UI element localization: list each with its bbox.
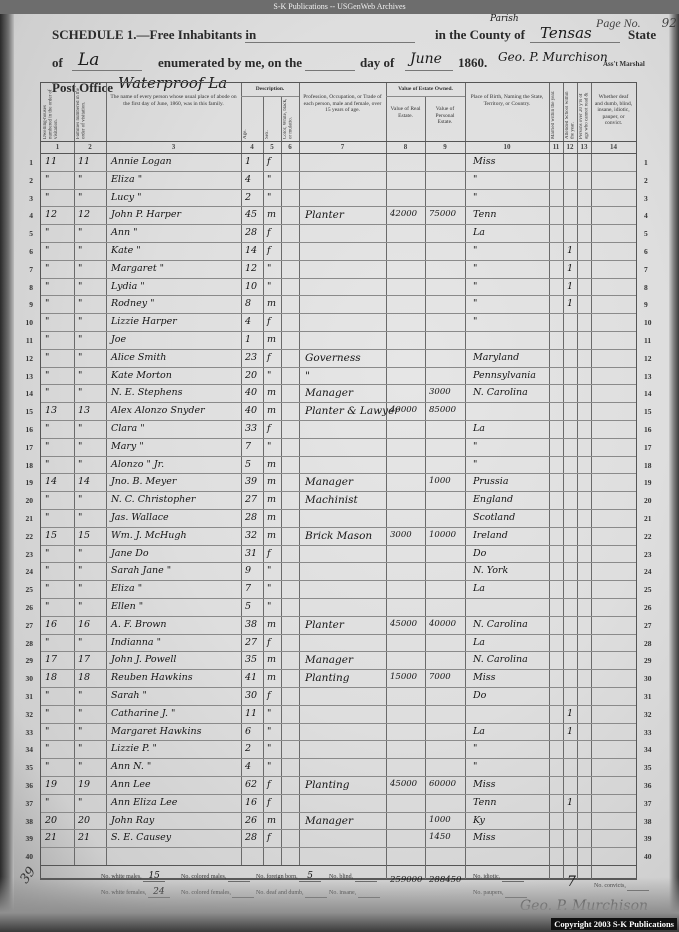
state-label: State xyxy=(628,27,656,43)
line-number: 9 xyxy=(19,300,33,309)
column-number-7: 7 xyxy=(299,143,386,151)
sex: " xyxy=(267,583,271,594)
column-header-11: Married within the year. xyxy=(551,86,561,139)
sex: " xyxy=(267,192,271,203)
age: 20 xyxy=(245,370,257,381)
family-number: " xyxy=(78,708,82,719)
person-name: Margaret " xyxy=(111,263,164,274)
column-number-14: 14 xyxy=(591,143,636,151)
line-number: 29 xyxy=(644,656,658,665)
family-number: " xyxy=(78,743,82,754)
census-page: S-K Publications -- USGenWeb Archives Pa… xyxy=(0,0,679,932)
column-header-6: Color, White, black, or mulatto. xyxy=(283,98,297,139)
census-table: Description.Value of Estate Owned.Dwelli… xyxy=(40,82,637,880)
person-name: Catharine J. " xyxy=(111,708,175,719)
age: 14 xyxy=(245,245,257,256)
line-number: 27 xyxy=(644,621,658,630)
person-name: N. C. Christopher xyxy=(111,494,195,505)
family-number: " xyxy=(78,423,82,434)
sex: f xyxy=(267,227,271,238)
dwelling-number: " xyxy=(45,512,49,523)
column-header-4: Age. xyxy=(243,98,261,139)
family-number: 14 xyxy=(78,476,90,487)
dwelling-number: " xyxy=(45,494,49,505)
dwelling-number: " xyxy=(45,548,49,559)
attended-school: 1 xyxy=(567,708,573,719)
person-name: John Ray xyxy=(111,815,154,826)
column-number-10: 10 xyxy=(465,143,549,151)
real-estate-value: 42000 xyxy=(390,209,417,219)
table-row: ""Ann "28fLa xyxy=(41,224,636,242)
line-number: 25 xyxy=(19,585,33,594)
line-number: 31 xyxy=(644,692,658,701)
sex: m xyxy=(267,459,276,470)
scan-edge-left xyxy=(0,0,14,932)
line-number: 11 xyxy=(644,336,658,345)
sex: " xyxy=(267,708,271,719)
line-number: 40 xyxy=(644,852,658,861)
enumerated-label: enumerated by me, on the xyxy=(158,55,302,71)
dwelling-number: " xyxy=(45,761,49,772)
table-row: ""Eliza "7"La xyxy=(41,580,636,598)
dwelling-number: 15 xyxy=(45,530,57,541)
family-number: " xyxy=(78,192,82,203)
column-number-9: 9 xyxy=(425,143,465,151)
person-name: Lizzie P. " xyxy=(111,743,157,754)
line-number: 28 xyxy=(19,639,33,648)
line-number: 13 xyxy=(644,372,658,381)
dwelling-number: " xyxy=(45,334,49,345)
occupation: Brick Mason xyxy=(305,530,372,542)
age: 7 xyxy=(245,441,251,452)
family-number: " xyxy=(78,387,82,398)
line-number: 5 xyxy=(19,229,33,238)
sex: m xyxy=(267,815,276,826)
sex: " xyxy=(267,174,271,185)
table-row: ""Sarah "30fDo xyxy=(41,687,636,705)
table-row xyxy=(41,847,636,865)
line-number: 14 xyxy=(644,389,658,398)
dwelling-number: " xyxy=(45,192,49,203)
dwelling-number: " xyxy=(45,690,49,701)
line-number: 4 xyxy=(19,211,33,220)
person-name: N. E. Stephens xyxy=(111,387,182,398)
age: 27 xyxy=(245,494,257,505)
sex: f xyxy=(267,779,271,790)
line-number: 1 xyxy=(19,158,33,167)
line-number: 32 xyxy=(644,710,658,719)
dwelling-number: " xyxy=(45,797,49,808)
person-name: Kate " xyxy=(111,245,141,256)
dwelling-number: " xyxy=(45,565,49,576)
sex: f xyxy=(267,156,271,167)
table-row: ""Margaret Hawkins6"La1 xyxy=(41,723,636,741)
dwelling-number: " xyxy=(45,387,49,398)
column-header-1: Dwelling-houses numbered in the order of… xyxy=(43,86,72,139)
table-row: ""Joe1m xyxy=(41,331,636,349)
line-number: 8 xyxy=(19,283,33,292)
person-name: Lizzie Harper xyxy=(111,316,177,327)
family-number: " xyxy=(78,441,82,452)
table-row: ""Eliza "4"" xyxy=(41,171,636,189)
person-name: Sarah " xyxy=(111,690,147,701)
sex: f xyxy=(267,352,271,363)
occupation: Planting xyxy=(305,672,350,684)
line-number: 38 xyxy=(644,817,658,826)
line-number: 11 xyxy=(19,336,33,345)
birthplace: " xyxy=(473,298,477,309)
table-row: ""Alonzo " Jr.5m" xyxy=(41,456,636,474)
family-number: 13 xyxy=(78,405,90,416)
dwelling-number: " xyxy=(45,459,49,470)
birthplace: La xyxy=(473,583,485,594)
occupation: Manager xyxy=(305,476,353,488)
line-number: 12 xyxy=(644,354,658,363)
column-header-13: Persons over 20 y'rs of age who cannot r… xyxy=(579,86,589,139)
birthplace: " xyxy=(473,263,477,274)
line-number: 28 xyxy=(644,639,658,648)
family-number: 11 xyxy=(78,156,90,167)
sex: m xyxy=(267,476,276,487)
sex: m xyxy=(267,387,276,398)
attended-school: 1 xyxy=(567,281,573,292)
attended-school: 1 xyxy=(567,263,573,274)
line-number: 26 xyxy=(644,603,658,612)
person-name: Ann " xyxy=(111,227,138,238)
family-number: " xyxy=(78,601,82,612)
family-number: " xyxy=(78,298,82,309)
age: 12 xyxy=(245,263,257,274)
person-name: Annie Logan xyxy=(111,156,172,167)
table-row: ""Kate "14f"1 xyxy=(41,242,636,260)
birthplace: La xyxy=(473,423,485,434)
sex: " xyxy=(267,441,271,452)
birthplace: " xyxy=(473,192,477,203)
column-header-7: Profession, Occupation, or Trade of each… xyxy=(302,94,383,114)
birthplace: Miss xyxy=(473,156,496,167)
attended-school: 1 xyxy=(567,726,573,737)
age: 10 xyxy=(245,281,257,292)
table-row: ""Sarah Jane "9"N. York xyxy=(41,562,636,580)
line-number: 30 xyxy=(644,674,658,683)
dwelling-number: 14 xyxy=(45,476,57,487)
column-number-2: 2 xyxy=(74,143,106,151)
dwelling-number: " xyxy=(45,423,49,434)
table-row: ""Lizzie Harper4f" xyxy=(41,313,636,331)
column-header-8: Value of Real Estate. xyxy=(389,106,422,119)
real-estate-value: 40000 xyxy=(390,405,417,415)
occupation: Manager xyxy=(305,654,353,666)
birthplace: Miss xyxy=(473,779,496,790)
sex: " xyxy=(267,601,271,612)
person-name: Lucy " xyxy=(111,192,142,203)
line-number: 25 xyxy=(644,585,658,594)
dwelling-number: 12 xyxy=(45,209,57,220)
county-value: Tensas xyxy=(540,24,592,42)
attended-school: 1 xyxy=(567,298,573,309)
column-number-3: 3 xyxy=(106,143,241,151)
person-name: Reuben Hawkins xyxy=(111,672,193,683)
age: 6 xyxy=(245,726,251,737)
person-name: Alex Alonzo Snyder xyxy=(111,405,205,416)
line-number: 26 xyxy=(19,603,33,612)
line-number: 21 xyxy=(644,514,658,523)
line-number: 30 xyxy=(19,674,33,683)
table-row: 1111Annie Logan1fMiss xyxy=(41,153,636,171)
line-number: 16 xyxy=(644,425,658,434)
dwelling-number: " xyxy=(45,263,49,274)
sex: " xyxy=(267,281,271,292)
person-name: Jane Do xyxy=(111,548,149,559)
line-number: 35 xyxy=(644,763,658,772)
family-number: " xyxy=(78,512,82,523)
table-row: 2020John Ray26mManager1000Ky xyxy=(41,812,636,830)
column-header-2: Families numbered in the order of visita… xyxy=(76,86,104,139)
column-header-12: Attended School within the year. xyxy=(565,86,575,139)
sex: " xyxy=(267,370,271,381)
birthplace: " xyxy=(473,281,477,292)
dwelling-number: 16 xyxy=(45,619,57,630)
line-number: 2 xyxy=(19,176,33,185)
age: 40 xyxy=(245,387,257,398)
table-row: 1717John J. Powell35mManagerN. Carolina xyxy=(41,651,636,669)
age: 4 xyxy=(245,761,251,772)
line-number: 15 xyxy=(644,407,658,416)
line-number: 33 xyxy=(644,728,658,737)
occupation: Machinist xyxy=(305,494,358,506)
age: 9 xyxy=(245,565,251,576)
person-name: Rodney " xyxy=(111,298,154,309)
line-number: 4 xyxy=(644,211,658,220)
column-header-9: Value of Personal Estate. xyxy=(428,106,462,126)
family-number: 21 xyxy=(78,832,90,843)
person-name: Indianna " xyxy=(111,637,161,648)
age: 33 xyxy=(245,423,257,434)
sex: " xyxy=(267,761,271,772)
person-name: Margaret Hawkins xyxy=(111,726,202,737)
personal-estate-value: 1000 xyxy=(429,476,451,486)
sex: m xyxy=(267,619,276,630)
person-name: Alice Smith xyxy=(111,352,166,363)
table-row: ""Jas. Wallace28mScotland xyxy=(41,509,636,527)
column-number-5: 5 xyxy=(263,143,281,151)
county-label: in the County of xyxy=(435,27,525,43)
table-row: ""Indianna "27fLa xyxy=(41,634,636,652)
line-number: 24 xyxy=(644,567,658,576)
birthplace: La xyxy=(473,227,485,238)
occupation: Planter xyxy=(305,209,344,221)
dwelling-number: " xyxy=(45,174,49,185)
family-number: " xyxy=(78,281,82,292)
line-number: 10 xyxy=(19,318,33,327)
line-number: 5 xyxy=(644,229,658,238)
table-row: 1616A. F. Brown38mPlanter4500040000N. Ca… xyxy=(41,616,636,634)
sex: m xyxy=(267,494,276,505)
line-number: 6 xyxy=(644,247,658,256)
dwelling-number: " xyxy=(45,298,49,309)
family-number: 19 xyxy=(78,779,90,790)
family-number: " xyxy=(78,227,82,238)
personal-estate-value: 85000 xyxy=(429,405,456,415)
line-number: 17 xyxy=(19,443,33,452)
birthplace: " xyxy=(473,459,477,470)
line-number: 3 xyxy=(644,194,658,203)
line-number: 40 xyxy=(19,852,33,861)
table-row: ""Kate Morton20""Pennsylvania xyxy=(41,367,636,385)
line-number: 35 xyxy=(19,763,33,772)
person-name: Mary " xyxy=(111,441,144,452)
line-number: 23 xyxy=(644,550,658,559)
family-number: " xyxy=(78,548,82,559)
sex: " xyxy=(267,726,271,737)
line-number: 39 xyxy=(19,834,33,843)
age: 1 xyxy=(245,334,251,345)
line-number: 19 xyxy=(19,478,33,487)
schedule-title: SCHEDULE 1.—Free Inhabitants in xyxy=(52,27,256,43)
line-number: 15 xyxy=(19,407,33,416)
dwelling-number: " xyxy=(45,227,49,238)
sex: f xyxy=(267,423,271,434)
birthplace: N. Carolina xyxy=(473,387,528,398)
line-number: 2 xyxy=(644,176,658,185)
birthplace: Prussia xyxy=(473,476,509,487)
personal-estate-value: 60000 xyxy=(429,779,456,789)
family-number: " xyxy=(78,637,82,648)
birthplace: " xyxy=(473,245,477,256)
person-name: Eliza " xyxy=(111,583,142,594)
line-number: 36 xyxy=(19,781,33,790)
line-number: 39 xyxy=(644,834,658,843)
column-number-4: 4 xyxy=(241,143,263,151)
township-blank xyxy=(245,42,415,43)
column-number-12: 12 xyxy=(563,143,577,151)
person-name: Kate Morton xyxy=(111,370,172,381)
person-name: Wm. J. McHugh xyxy=(111,530,187,541)
age: 28 xyxy=(245,512,257,523)
birthplace: " xyxy=(473,174,477,185)
sex: f xyxy=(267,797,271,808)
sex: m xyxy=(267,334,276,345)
dwelling-number: " xyxy=(45,352,49,363)
family-number: " xyxy=(78,726,82,737)
family-number: " xyxy=(78,334,82,345)
dwelling-number: " xyxy=(45,637,49,648)
personal-estate-value: 75000 xyxy=(429,209,456,219)
person-name: Lydia " xyxy=(111,281,145,292)
line-number: 16 xyxy=(19,425,33,434)
table-row: ""Lizzie P. "2"" xyxy=(41,740,636,758)
table-row: ""Jane Do31fDo xyxy=(41,545,636,563)
line-number: 6 xyxy=(19,247,33,256)
line-number: 13 xyxy=(19,372,33,381)
person-name: Eliza " xyxy=(111,174,142,185)
dwelling-number: 19 xyxy=(45,779,57,790)
family-number: 20 xyxy=(78,815,90,826)
birthplace: Miss xyxy=(473,672,496,683)
occupation: Manager xyxy=(305,387,353,399)
table-row: ""Catharine J. "11"1 xyxy=(41,705,636,723)
line-number: 24 xyxy=(19,567,33,576)
age: 62 xyxy=(245,779,257,790)
family-number: " xyxy=(78,565,82,576)
occupation: Governess xyxy=(305,352,361,364)
dwelling-number: 17 xyxy=(45,654,57,665)
birthplace: " xyxy=(473,761,477,772)
attended-school: 1 xyxy=(567,245,573,256)
line-number: 7 xyxy=(644,265,658,274)
person-name: Ann N. " xyxy=(111,761,151,772)
birthplace: " xyxy=(473,441,477,452)
of-label: of xyxy=(52,55,63,71)
sex: f xyxy=(267,316,271,327)
age: 41 xyxy=(245,672,257,683)
line-number: 22 xyxy=(19,532,33,541)
line-number: 17 xyxy=(644,443,658,452)
age: 45 xyxy=(245,209,257,220)
dwelling-number: " xyxy=(45,245,49,256)
table-row: ""N. C. Christopher27mMachinistEngland xyxy=(41,491,636,509)
line-number: 18 xyxy=(644,461,658,470)
age: 5 xyxy=(245,459,251,470)
occupation: Planter & Lawyer xyxy=(305,405,399,417)
dwelling-number: " xyxy=(45,316,49,327)
table-row: ""Clara "33fLa xyxy=(41,420,636,438)
age: 2 xyxy=(245,192,251,203)
age: 39 xyxy=(245,476,257,487)
dwelling-number: 11 xyxy=(45,156,57,167)
age: 31 xyxy=(245,548,257,559)
table-row: ""Rodney "8m"1 xyxy=(41,295,636,313)
personal-estate-value: 10000 xyxy=(429,530,456,540)
sex: f xyxy=(267,832,271,843)
occupation: Planting xyxy=(305,779,350,791)
line-number: 33 xyxy=(19,728,33,737)
table-row: ""Margaret "12""1 xyxy=(41,260,636,278)
line-number: 21 xyxy=(19,514,33,523)
line-number: 14 xyxy=(19,389,33,398)
family-number: " xyxy=(78,245,82,256)
occupation: Manager xyxy=(305,815,353,827)
line-number: 23 xyxy=(19,550,33,559)
age: 5 xyxy=(245,601,251,612)
sex: m xyxy=(267,298,276,309)
column-number-8: 8 xyxy=(386,143,425,151)
birthplace: Tenn xyxy=(473,797,496,808)
column-header-14: Whether deaf and dumb, blind, insane, id… xyxy=(594,94,633,127)
line-number: 36 xyxy=(644,781,658,790)
real-estate-value: 15000 xyxy=(390,672,417,682)
age: 30 xyxy=(245,690,257,701)
age: 38 xyxy=(245,619,257,630)
scan-edge-right xyxy=(669,0,679,932)
day-blank xyxy=(305,70,355,71)
family-number: " xyxy=(78,352,82,363)
occupation: " xyxy=(305,370,310,382)
family-number: 12 xyxy=(78,209,90,220)
person-name: S. E. Causey xyxy=(111,832,171,843)
column-number-13: 13 xyxy=(577,143,591,151)
line-number: 38 xyxy=(19,817,33,826)
birthplace: N. York xyxy=(473,565,508,576)
estate-group-label: Value of Estate Owned. xyxy=(386,86,465,93)
birthplace: Ky xyxy=(473,815,485,826)
personal-estate-value: 40000 xyxy=(429,619,456,629)
age: 4 xyxy=(245,174,251,185)
age: 23 xyxy=(245,352,257,363)
age: 28 xyxy=(245,227,257,238)
table-row: ""Ann Eliza Lee16fTenn1 xyxy=(41,794,636,812)
person-name: John P. Harper xyxy=(111,209,181,220)
